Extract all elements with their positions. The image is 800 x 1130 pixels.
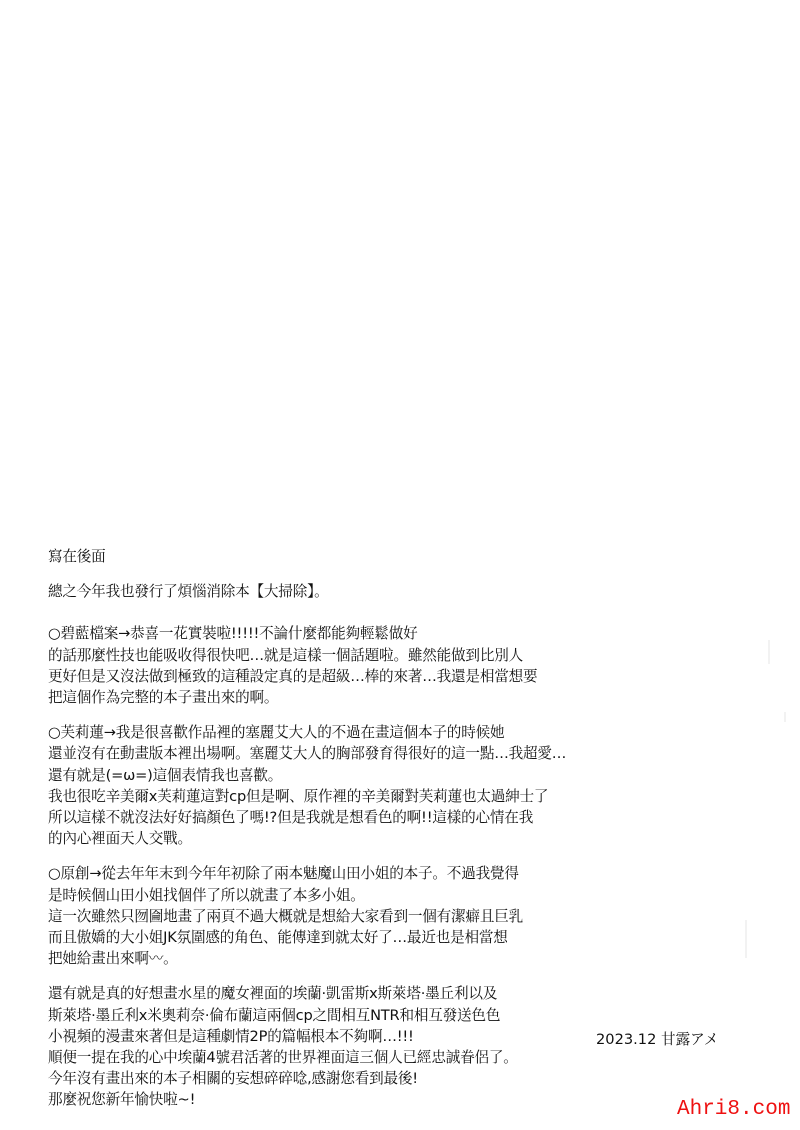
paragraph-line: 還有就是真的好想畫水星的魔女裡面的埃蘭·凱雷斯x斯萊塔·墨丘利以及 [48, 983, 748, 1004]
paragraph-line: 我也很吃辛美爾x芙莉蓮這對cp但是啊、原作裡的辛美爾對芙莉蓮也太過紳士了 [48, 786, 748, 807]
paragraph-line: ○碧藍檔案→恭喜一花實裝啦!!!!!不論什麼都能夠輕鬆做好 [48, 623, 748, 644]
paragraph-frieren: ○芙莉蓮→我是很喜歡作品裡的塞麗艾大人的不過在畫這個本子的時候她 還並沒有在動畫… [48, 722, 748, 849]
afterword-title: 寫在後面 [48, 546, 748, 567]
paragraph-line: 的內心裡面天人交戰。 [48, 828, 748, 849]
paragraph-line: 而且傲嬌的大小姐JK氛圍感的角色、能傳達到就太好了…最近也是相當想 [48, 927, 748, 948]
paragraph-line: 斯萊塔·墨丘利x米奧莉奈·倫布蘭這兩個cp之間相互NTR和相互發送色色 [48, 1005, 748, 1026]
paragraph-line: 所以這樣不就沒法好好搞顏色了嗎!?但是我就是想看色的啊!!這樣的心情在我 [48, 807, 748, 828]
scan-artifact [768, 640, 770, 664]
paragraph-line: 是時候個山田小姐找個伴了所以就畫了本多小姐。 [48, 885, 748, 906]
paragraph-line: 那麼祝您新年愉快啦~! [48, 1089, 748, 1110]
author-signature: 2023.12 甘露アメ [596, 1028, 719, 1049]
paragraph-line: 的話那麼性技也能吸收得很快吧…就是這樣一個話題啦。雖然能做到比別人 [48, 645, 748, 666]
paragraph-line: 把她給畫出來啊〰。 [48, 948, 748, 969]
scan-artifact [745, 920, 747, 958]
manga-afterword-page: 寫在後面 總之今年我也發行了煩惱消除本【大掃除】。 ○碧藍檔案→恭喜一花實裝啦!… [0, 0, 800, 1130]
paragraph-line: 把這個作為完整的本子畫出來的啊。 [48, 687, 748, 708]
paragraph-line: ○原創→從去年年末到今年年初除了兩本魅魔山田小姐的本子。不過我覺得 [48, 863, 748, 884]
paragraph-line: 更好但是又沒法做到極致的這種設定真的是超級…棒的來著…我還是相當想要 [48, 666, 748, 687]
paragraph-original: ○原創→從去年年末到今年年初除了兩本魅魔山田小姐的本子。不過我覺得 是時候個山田… [48, 863, 748, 969]
site-watermark: Ahri8.com [677, 1098, 790, 1121]
paragraph-line: 還有就是(=ω=)這個表情我也喜歡。 [48, 765, 748, 786]
paragraph-line: ○芙莉蓮→我是很喜歡作品裡的塞麗艾大人的不過在畫這個本子的時候她 [48, 722, 748, 743]
scan-artifact [784, 712, 786, 722]
paragraph-line: 還並沒有在動畫版本裡出場啊。塞麗艾大人的胸部發育得很好的這一點…我超愛… [48, 743, 748, 764]
paragraph-line: 今年沒有畫出來的本子相關的妄想碎碎唸,感謝您看到最後! [48, 1068, 748, 1089]
paragraph-line: 順便一提在我的心中埃蘭4號君活著的世界裡面這三個人已經忠誠眷侶了。 [48, 1047, 748, 1068]
paragraph-blue-archive: ○碧藍檔案→恭喜一花實裝啦!!!!!不論什麼都能夠輕鬆做好 的話那麼性技也能吸收… [48, 623, 748, 708]
paragraph-line: 這一次雖然只囫圇地畫了兩頁不過大概就是想給大家看到一個有潔癖且巨乳 [48, 906, 748, 927]
afterword-intro: 總之今年我也發行了煩惱消除本【大掃除】。 [48, 581, 748, 602]
